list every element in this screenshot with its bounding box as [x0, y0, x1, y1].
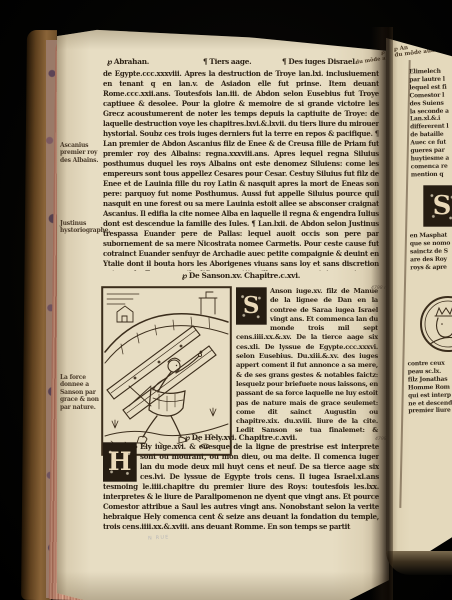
margin-note-sanson-force: La force donnee a Sanson par grace & non…: [60, 374, 101, 411]
main-text-block: de Egypte.ccc.xxxviii. Apres la destruct…: [103, 69, 379, 271]
right-text-fragments-top: Elimelechpar lautre llequel est fiComest…: [409, 68, 450, 179]
chapter-heading-hely: ℘ De Hely.xvi. Chapitre.c.xvii.: [103, 433, 379, 442]
right-text-fragments-mid: en Masphatque se nomosainctz de Sare des…: [410, 232, 451, 272]
text-fragment-line: Comestor l: [409, 91, 448, 100]
book-photo-scene: ℘ Abrahan. ¶ Tiers aage. ¶ Des iuges Dis…: [0, 0, 452, 600]
samson-woodcut-illustration: [101, 286, 232, 456]
hely-text: Ely iuge.xvi. & euesque de la ligne de p…: [103, 442, 379, 531]
faint-library-stamp: N RUE: [148, 534, 170, 541]
margin-note-justinus: Justinus hystoriographe.: [60, 220, 101, 235]
text-fragment-line: roys & apre: [410, 263, 450, 272]
margin-note-ascanius: Ascanius premier roy des Albains.: [60, 142, 101, 164]
running-header-right: ¶ Des iuges Disrael.: [282, 57, 357, 66]
drop-cap-right-page: S: [424, 186, 452, 226]
king-portrait-illustration: [418, 294, 452, 354]
left-page: ℘ Abrahan. ¶ Tiers aage. ¶ Des iuges Dis…: [57, 27, 389, 600]
right-page: ℘ An du mōde auāt Jesuchrist Elimelechpa…: [386, 38, 452, 558]
chapter-heading-sanson: ℘ De Sanson.xv. Chapitre.c.xvi.: [103, 271, 379, 280]
text-fragment-line: comenca re: [411, 163, 450, 172]
drop-cap-sanson-letter: S: [243, 301, 259, 310]
right-text-fragments-bottom: contre ceuxpeau sc.lx.filz JonathasHomme…: [408, 360, 452, 416]
under-leaf-edge: [386, 551, 452, 575]
drop-cap-hely: H: [103, 443, 136, 481]
text-fragment-line: premier liure: [408, 407, 452, 416]
drop-cap-hely-letter: H: [108, 457, 131, 467]
hely-text-block: HEly iuge.xvi. & euesque de la ligne de …: [103, 442, 379, 536]
text-fragment-line: are des Roy: [410, 255, 450, 264]
samson-text-column: SAnson iuge.xv. filz de Manue de la lign…: [236, 287, 378, 434]
running-header-center: ¶ Tiers aage.: [203, 57, 251, 66]
text-fragment-line: des Suiens: [410, 99, 449, 108]
samson-gates-woodcut: [101, 286, 232, 456]
text-fragment-line: mention q: [411, 170, 450, 179]
right-running-header: ℘ An du mōde auāt Jesuchrist: [394, 38, 452, 59]
margin-rule-line: [399, 60, 410, 508]
king-portrait-woodcut: [418, 294, 452, 358]
drop-cap-right-letter: S: [433, 191, 452, 221]
running-header-left: ℘ Abrahan.: [107, 57, 149, 66]
drop-cap-sanson: S: [236, 288, 266, 324]
pencil-annotation-upper: 4798 m: [371, 286, 389, 291]
text-fragment-line: qui est interp: [408, 391, 452, 400]
